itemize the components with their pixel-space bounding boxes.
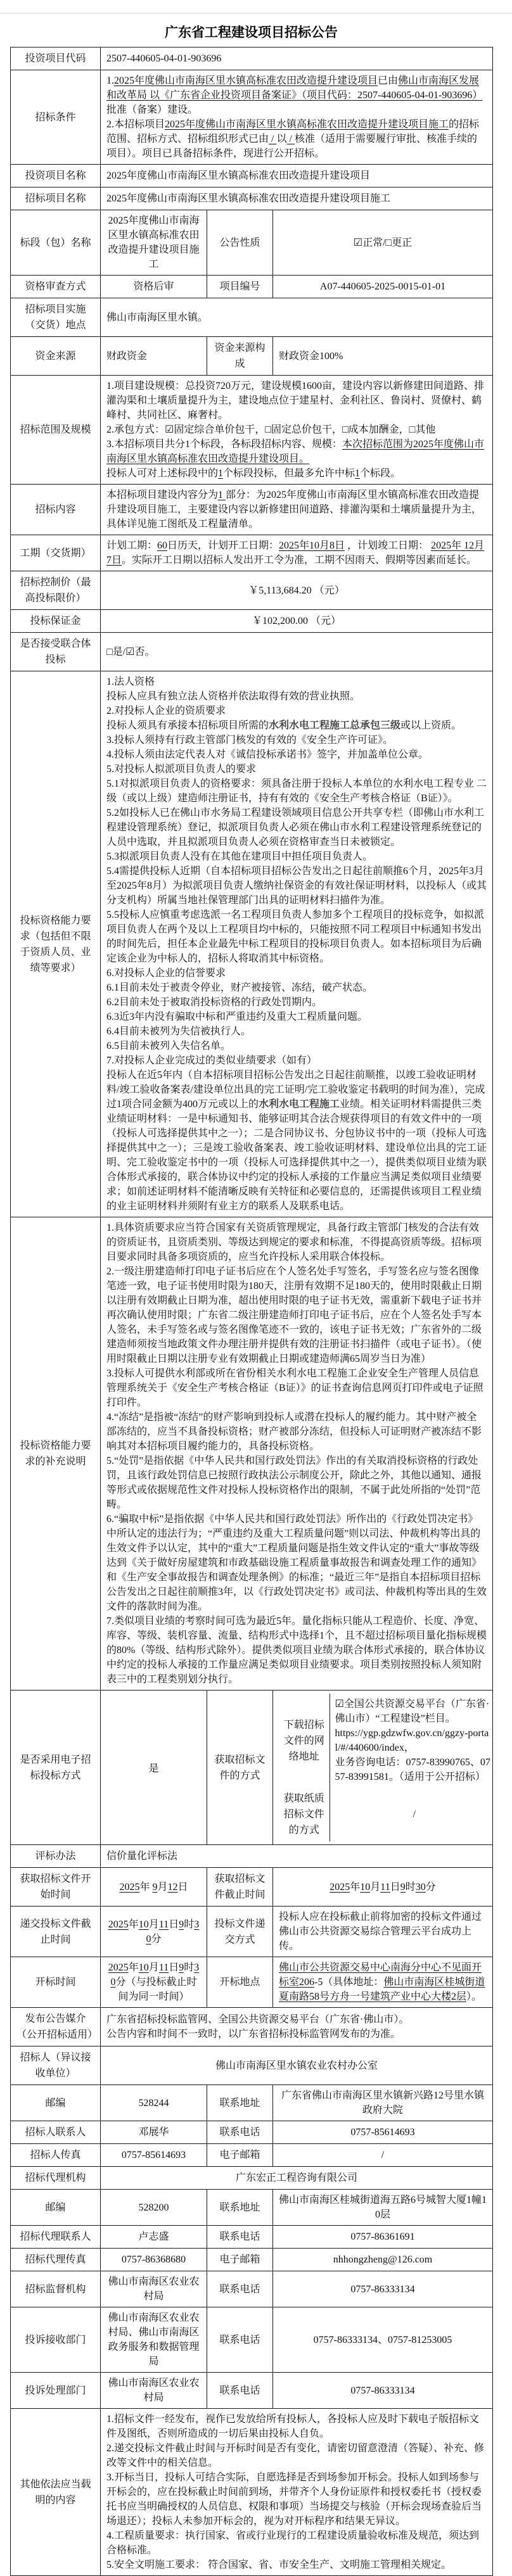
text-run: 佛山市南海区里水镇农业农村办公室 [215,2060,378,2071]
text-run: 个标段投标，但最多允许中标 [223,468,355,479]
row-label: 是否接受联合体投标 [11,633,101,671]
text-run: ，计划竣工日期： [345,540,431,551]
row-label: 联系电话 [207,2271,273,2307]
text-line: / [279,2148,487,2162]
row-label: 是否采用电子招标投标方式 [11,1691,101,1845]
table-row: 发布公告媒介（公开招标适用）广东省招标投标监管网、全国公共资源交易平台（广东省·… [11,2008,493,2046]
table-row: 招标代理机构广东宏正工程咨询有限公司 [11,2167,493,2190]
row-value: 0757-86361691 [273,2226,493,2249]
row-value: 0757-86333134 [273,2373,493,2409]
text-line: 资格后审 [106,279,201,294]
text-run: 月 [149,1962,159,1973]
row-label: 招标项目实施（交货）地点 [11,298,101,337]
row-label: 招标监督机构 [11,2271,101,2307]
table-row: 招标范围及规模1.项目建设规模：总投资720万元，建设规模1600亩，建设内容以… [11,376,493,485]
text-line: 0757-86368680 [106,2252,201,2267]
row-value: 1.项目建设规模：总投资720万元，建设规模1600亩，建设内容以新修建田间道路… [101,376,493,485]
text-line: 5.1对拟派项目负责人的资格要求：须具备注册于投标人本单位的水利水电工程专业 二… [106,777,487,806]
text-run: 0757-85614693 [350,2127,414,2138]
text-run: 广东省招标投标监管网、全国公共资源交易平台（广东省·佛山市）。 [106,2014,409,2025]
row-label: 获取招标文件的方式 [207,1691,273,1845]
table-row: 招标人（异议接收单位）佛山市南海区里水镇农业农村办公室 [11,2046,493,2085]
text-line: 4.投标人须由法定代表人对《诚信投标承诺书》签字，并加盖单位公章。 [106,747,487,762]
table-row: 投资项目名称2025年度佛山市南海区里水镇高标准农田改造提升建设项目 [11,165,493,187]
text-line: 0757-85614693 [279,2125,487,2140]
row-value: 资格后审 [101,276,207,298]
text-run: 业务咨询电话：0757-83990765、0757-83991581。（适用于公… [335,1757,490,1782]
text-line: ☑全国公共资源交易平台（广东省·佛山市）“工程建设”栏目。 [335,1697,494,1726]
text-line: 佛山市南海区里水镇。 [106,310,487,325]
text-line: 1.具体资质要求应当符合国家有关资质管理规定，具备行政主管部门核发的合法有效的资… [106,1221,487,1264]
row-value: / [273,2144,493,2167]
text-line: 投标人应具有独立法人资格并依法取得有效的营业执照。 [106,689,487,704]
row-label: 招标控制价（最高投标限价） [11,571,101,610]
text-run: 广东宏正工程咨询有限公司 [236,2173,357,2183]
text-run: ☑正常/□更正 [354,238,412,248]
text-line: 5.对投标人拟派项目负责人的要求 [106,762,487,777]
underlined-text: 2025年度佛山市南海区里水镇高标准农田改造提升建设项目施工 [165,119,449,130]
row-value: 财政资金 [101,337,207,376]
text-line: 财政资金 [106,349,201,364]
text-run: 公告内容和时间不一致时，以广东省招标投标监管网发布的为准。 [106,2029,400,2040]
row-value: 广东省佛山市南海区里水镇新兴路12号里水镇政府大院 [273,2085,493,2121]
row-value: 佛山市南海区农业农村局 [101,2373,207,2409]
row-label: 邮编 [11,2085,101,2121]
text-run: （与投标截止时间为同一时间） [118,1977,196,2002]
table-row: 投诉处理部门佛山市南海区农业农村局联系电话0757-86333134 [11,2373,493,2409]
table-row: 投标保证金￥102,200.00 （元） [11,610,493,633]
text-run: 2.承包方式：☑固定综合单价包干，□固定总价包干，□成本加酬金，□其他 [106,424,435,435]
row-label: 招标内容 [11,485,101,535]
text-run: 5.2如投标人已在佛山市水务局工程建设领域项目信息公开共享专栏（即佛山市水利工程… [106,808,484,847]
text-line: 财政资金100% [279,349,487,364]
row-label: 联系电话 [207,2373,273,2409]
text-line: 3.投标人须持有行政主管部门核发的有效的《安全生产许可证》。 [106,733,487,747]
text-line: https://ygp.gdzwfw.gov.cn/ggzy-portal/#/… [335,1726,494,1755]
table-row: 获取招标文件开始时间2025年 9月12日获取招标文件截止时间2025年10月1… [11,1868,493,1907]
text-run: 时 [184,1962,194,1973]
row-label: 项目编号 [207,276,273,298]
table-row: 招标条件1.2025年度佛山市南海区里水镇高标准农田改造提升建设项目已由佛山市南… [11,70,493,165]
text-run: 年 [129,1962,139,1973]
text-run: 本招标项目建设内容分为 [106,490,218,500]
table-row: 招标控制价（最高投标限价）￥5,113,684.20 （元） [11,571,493,610]
text-line: ￥5,113,684.20 （元） [106,583,487,598]
row-value: 0757-86368680 [101,2249,207,2271]
row-label: 联系地址 [207,2085,273,2121]
row-value: / [330,1787,499,1841]
text-run: 528200 [139,2202,169,2213]
text-line: 本招标项目建设内容分为1 部分：为2025年度佛山市南海区里水镇高标准农田改造提… [106,488,487,531]
row-value: 2025年度佛山市南海区里水镇高标准农田改造提升建设项目施工 [101,187,493,210]
row-value: 卢志盛 [101,2226,207,2249]
row-label: 资金来源 [11,337,101,376]
row-value: 广东省招标投标监管网、全国公共资源交易平台（广东省·佛山市）。公告内容和时间不一… [101,2008,493,2046]
table-row: 工期（交货期）计划工期：60日历天，计划开工日期：2025年10月8日 ，计划竣… [11,535,493,571]
text-line: □是/☑否。 [106,645,487,659]
text-run: 2507-440605-04-01-903696 [106,53,221,64]
text-run: / [381,2150,384,2160]
text-run: 邓展华 [138,2127,169,2138]
row-value: 0757-85614693 [273,2121,493,2144]
text-line: 3.开标当日，投标人可结合实际，自愿选择是否到场参加开标会。投标人如到场参与开标… [106,2470,487,2528]
text-run: 信价量化评标法 [106,1851,177,1862]
text-run: 日 [178,1882,188,1893]
text-run: 1.项目建设规模：总投资720万元，建设规模1600亩，建设内容以新修建田间道路… [106,381,484,421]
row-value: 佛山市南海区桂城街道海五路6号城智大厦1幢10层 [273,2190,493,2226]
table-row: 是否接受联合体投标□是/☑否。 [11,633,493,671]
text-run: 5.“处罚”是指依据《中华人民共和国行政处罚法》作出的有关取消投标资格的行政处罚… [106,1456,482,1510]
text-run: 以 [276,134,286,144]
table-row: 邮编528200联系地址佛山市南海区桂城街道海五路6号城智大厦1幢10层 [11,2190,493,2226]
row-value: 528244 [101,2085,207,2121]
text-run: 7.对投标人企业完成过的类似业绩要求（如有） [106,1055,317,1066]
row-value: ￥5,113,684.20 （元） [101,571,493,610]
row-value: 2025年10月11日9时30分 [273,1868,493,1907]
text-run: 时 [406,1882,416,1893]
underlined-text: 2025 [108,1919,129,1930]
text-line: 7.对投标人企业完成过的类似业绩要求（如有） [106,1053,487,1068]
underlined-text: 10 [139,1962,149,1973]
text-line: 6.“骗取中标”是指依据《中华人民共和国行政处罚法》所作出的《行政处罚决定书》中… [106,1512,487,1614]
text-line: 5.“处罚”是指依据《中华人民共和国行政处罚法》作出的有关取消投标资格的行政处罚… [106,1454,487,1512]
text-run: 5.3拟派项目负责人没有在其他在建项目中担任项目负责人。 [106,851,373,862]
row-label: 招标人传真 [11,2144,101,2167]
underlined-text: 60 [157,540,167,551]
text-run: 3.开标当日，投标人可结合实际，自愿选择是否到场参加开标会。投标人如到场参与开标… [106,2472,482,2527]
underlined-text: / [269,134,276,144]
row-value: 佛山市南海区里水镇农业农村办公室 [101,2046,493,2085]
row-value: 邓展华 [101,2121,207,2144]
table-row: 招标项目名称2025年度佛山市南海区里水镇高标准农田改造提升建设项目施工 [11,187,493,210]
text-line: 广东省招标投标监管网、全国公共资源交易平台（广东省·佛山市）。 [106,2012,487,2027]
text-line: 7.类似项目业绩的考察时间可选为最近5年。量化指标只能从工程造价、长度、净宽、库… [106,1614,487,1687]
text-line: 佛山市南海区里水镇农业农村办公室 [106,2059,487,2073]
text-run: ￥5,113,684.20 （元） [248,585,344,596]
text-run: -5（具体地址： [314,1977,383,1988]
text-line: 计划工期：60日历天，计划开工日期：2025年10月8日 ，计划竣工日期： 20… [106,538,487,568]
nested-row: 获取纸质招标文件的方式/ [279,1787,499,1841]
underlined-text: 2025年度佛山市南海区里水镇高标准农田改造提升建设项目 [114,75,378,86]
row-label: 投标保证金 [11,610,101,633]
row-value: 信价量化评标法 [101,1845,493,1868]
text-run: 佛山市南海区里水镇。 [106,312,208,323]
text-run: 0757-86361691 [350,2231,414,2242]
text-line: 2.一级注册建造师打印电子证书后应在个人签名处手写签名，手写签名应与签名图像笔迹… [106,1264,487,1366]
text-run: 2025年度佛山市南海区里水镇高标准农田改造提升建设项目施工 [108,215,199,270]
text-run: 2.一级注册建造师打印电子证书后应在个人签名处手写签名，手写签名应与签名图像笔迹… [106,1266,482,1364]
row-label: 发布公告媒介（公开招标适用） [11,2008,101,2046]
row-value: 本招标项目建设内容分为1 部分：为2025年度佛山市南海区里水镇高标准农田改造提… [101,485,493,535]
row-label: 递交投标文件截止时间 [11,1907,101,1957]
row-label: 电子邮箱 [207,2249,273,2271]
underlined-text: 11 [159,1919,169,1930]
text-line: 佛山市南海区桂城街道海五路6号城智大厦1幢10层 [279,2193,487,2222]
text-run: 0757-86368680 [122,2254,186,2265]
text-run: 月 [370,1882,380,1893]
text-line: 2.本招标项目2025年度佛山市南海区里水镇高标准农田改造提升建设项目施工的招标… [106,117,487,161]
text-line: 公告内容和时间不一致时，以广东省招标投标监管网发布的为准。 [106,2027,487,2041]
text-line: / [335,1807,494,1822]
text-run: 。实际开工日期以招标人发出开工令为准，工期不因雨天、假期等因素而延长。 [122,555,477,566]
underlined-text: 2025 [108,1962,129,1973]
text-line: 佛山市南海区农业农村局 [106,2275,201,2304]
text-run: 时 [184,1919,194,1930]
text-line: 信价量化评标法 [106,1849,487,1863]
text-line: 邓展华 [106,2125,201,2140]
table-row: 招标内容本招标项目建设内容分为1 部分：为2025年度佛山市南海区里水镇高标准农… [11,485,493,535]
row-label: 招标人（异议接收单位） [11,2046,101,2085]
text-run: 个标段。 [360,468,400,479]
text-run: 资格后审 [133,281,174,292]
text-line: 卢志盛 [106,2230,201,2244]
table-row: 投资项目代码2507-440605-04-01-903696 [11,48,493,70]
text-run: 1. [106,75,114,86]
text-line: 3.本招标项目共分1个标段，各标段招标内容、规模：本次招标范围为2025年度佛山… [106,437,487,466]
text-line: 1.2025年度佛山市南海区里水镇高标准农田改造提升建设项目已由佛山市南海区发展… [106,73,487,117]
text-line: 2025年度佛山市南海区里水镇高标准农田改造提升建设项目施工 [106,213,201,272]
underlined-text: 2025 [330,1882,350,1893]
text-line: 0757-86333134、0757-81253005 [279,2333,487,2347]
text-run: 2025年度佛山市南海区里水镇高标准农田改造提升建设项目 [106,170,370,181]
text-line: 0757-86333134 [279,2282,487,2297]
table-row: 招标项目实施（交货）地点佛山市南海区里水镇。 [11,298,493,337]
row-label: 联系电话 [207,2307,273,2373]
text-run: 5.4需提供投标人近期（自本招标项目招标公告发出之日起往前顺推6个月，2025年… [106,866,487,906]
text-line: nhhongzheng@126.com [279,2252,487,2267]
text-run: 佛山市南海区农业农村局 [108,2378,199,2403]
row-value: 1.法人资格投标人应具有独立法人资格并依法取得有效的营业执照。2.对投标人企业的… [101,671,493,1217]
row-value: 1.2025年度佛山市南海区里水镇高标准农田改造提升建设项目已由佛山市南海区发展… [101,70,493,165]
row-value: A07-440605-2025-0015-01-01 [273,276,493,298]
table-row: 招标代理联系人卢志盛联系电话0757-86361691 [11,2226,493,2249]
text-line: 528200 [106,2200,201,2215]
text-run: □是/☑否。 [106,647,155,657]
text-run: 分 [151,1934,161,1945]
row-label: 电子邮箱 [207,2144,273,2167]
row-value: ￥102,200.00 （元） [101,610,493,633]
row-value: 1.具体资质要求应当符合国家有关资质管理规定，具备行政主管部门核发的合法有效的资… [101,1217,493,1691]
table-row: 招标人联系人邓展华联系电话0757-85614693 [11,2121,493,2144]
text-line: 1.招标文件一经发布，视作已发放给所有投标人，各投标人应及时下载电子版招标文件及… [106,2412,487,2441]
row-label: 资金来源构成 [207,337,273,376]
row-label: 招标条件 [11,70,101,165]
underlined-text: 1 [218,490,226,500]
text-run: 2.本招标项目 [106,119,165,130]
text-line: 5.2如投标人已在佛山市水务局工程建设领域项目信息公开共享专栏（即佛山市水利工程… [106,806,487,849]
text-run: 计划工期： [106,540,157,551]
text-run: 财政资金100% [279,351,343,362]
text-line: 5.4需提供投标人近期（自本招标项目招标公告发出之日起往前顺推6个月，2025年… [106,864,487,908]
text-run: 6.3近3年内没有骗取中标和严重违约及重大工程质量问题。 [106,1012,368,1022]
row-value: 0757-86333134 [273,2271,493,2307]
text-run: 4.“冻结”是指被“冻结”的财产影响到投标人或潜在投标人的履约能力。其中财产被全… [106,1412,482,1452]
row-value: ☑全国公共资源交易平台（广东省·佛山市）“工程建设”栏目。https://ygp… [330,1694,499,1787]
text-line: A07-440605-2025-0015-01-01 [279,279,487,294]
row-label: 投资项目名称 [11,165,101,187]
text-line: 4.工程质量要求：执行国家、省或行业现行的工程建设质量验收标准及规范，须达到合格… [106,2528,487,2558]
text-line: 投标人须具有承接本招标项目所需的水利水电工程施工总承包三级或以上资质。 [106,718,487,733]
table-row: 是否采用电子招标投标方式是获取招标文件的方式下载招标文件的网络地址☑全国公共资源… [11,1691,493,1845]
text-run: A07-440605-2025-0015-01-01 [320,281,445,292]
text-run: nhhongzheng@126.com [333,2254,432,2265]
table-row: 资格审查方式资格后审项目编号A07-440605-2025-0015-01-01 [11,276,493,298]
text-run: 3.投标人可提供水利部或所在省份相关水利水电工程施工企业安全生产管理人员信息管理… [106,1368,483,1408]
text-line: 2.递交投标文件截止时间与开标时间是否有变化，请密切留意澄清（答疑）、补充、修改… [106,2441,487,2470]
text-run: 年 [350,1882,360,1893]
text-line: 2025年 9月12日 [106,1880,201,1894]
text-line: 2025年10月11日9时30分 [106,1917,201,1946]
text-line: 2025年10月11日9时30分 [279,1880,487,1894]
underlined-text: 2025 [119,1882,139,1893]
text-line: 4.“冻结”是指被“冻结”的财产影响到投标人或潜在投标人的履约能力。其中财产被全… [106,1410,487,1454]
nested-cell: 下载招标文件的网络地址☑全国公共资源交易平台（广东省·佛山市）“工程建设”栏目。… [273,1691,493,1845]
text-line: 3.投标人可提供水利部或所在省份相关水利水电工程施工企业安全生产管理人员信息管理… [106,1366,487,1410]
text-run: 年 [129,1919,139,1930]
text-line: 528244 [106,2096,201,2110]
text-run: 分 [115,1977,125,1988]
text-line: 6.2目前未处于被取消投标资格的行政处罚期内。 [106,995,487,1010]
row-label: 联系电话 [207,2226,273,2249]
text-line: 0757-86361691 [279,2230,487,2244]
text-run: 0757-86333134、0757-81253005 [314,2335,452,2345]
row-label: 评标办法 [11,1845,101,1868]
text-run: 1.法人资格 [106,676,155,687]
text-run: 6.“骗取中标”是指依据《中华人民共和国行政处罚法》所作出的《行政处罚决定书》中… [106,1514,487,1612]
underlined-text: 1 [355,468,360,479]
text-run: 卢志盛 [138,2231,169,2242]
underlined-text: 12 [168,1882,178,1893]
row-label: 获取招标文件截止时间 [207,1868,273,1907]
row-label: 投标资格能力要求（包括但不限于资质人员、业绩等要求） [11,671,101,1217]
text-line: 0757-85614693 [106,2148,201,2162]
text-line: 2.承包方式：☑固定综合单价包干，□固定总价包干，□成本加酬金，□其他 [106,422,487,437]
text-run: 月 [149,1919,159,1930]
row-label: 获取纸质招标文件的方式 [279,1787,330,1841]
row-value: 佛山市南海区农业农村局 [101,2271,207,2307]
table-row: 其他依法应当载明的内容1.招标文件一经发布，视作已发放给所有投标人，各投标人应及… [11,2409,493,2576]
table-row: 招标人传真0757-85614693电子邮箱/ [11,2144,493,2167]
underlined-text: 9 [400,1882,406,1893]
text-run: 6.对投标人企业的信誉要求 [106,968,226,979]
table-row: 邮编528244联系地址广东省佛山市南海区里水镇新兴路12号里水镇政府大院 [11,2085,493,2121]
text-run: 6.1目前未处于被责令停业，财产被接管、冻结，破产状态。 [106,982,373,993]
text-run: 7.类似项目业绩的考察时间可选为最近5年。量化指标只能从工程造价、长度、净宽、库… [106,1616,487,1685]
page-title: 广东省工程建设项目招标公告 [10,22,492,41]
row-label: 开标地点 [207,1957,273,2008]
row-label: 资格审查方式 [11,276,101,298]
row-label: 投标资格能力要求的补充说明 [11,1217,101,1691]
text-run: / [413,1809,416,1820]
row-label: 投诉接收部门 [11,2307,101,2373]
row-label: 联系地址 [207,2190,273,2226]
text-run: 3.投标人须持有行政主管部门核发的有效的《安全生产许可证》。 [106,735,393,746]
row-value: 计划工期：60日历天，计划开工日期：2025年10月8日 ，计划竣工日期： 20… [101,535,493,571]
text-run: 批准（备案）建设。 [106,105,198,115]
underlined-text: 11 [380,1882,390,1893]
text-run: 日历天，计划开工日期： [167,540,279,551]
text-run: 2.对投标人企业的资质要求 [106,706,226,716]
bold-text: 水利水电工程施工 [259,1099,340,1110]
text-line: 6.4目前未被列为失信被执行人。 [106,1024,487,1039]
announcement-table: 投资项目代码2507-440605-04-01-903696招标条件1.2025… [10,47,493,2576]
table-row: 招标监督机构佛山市南海区农业农村局联系电话0757-86333134 [11,2271,493,2307]
text-run: 6.5目前未被列入失信名单。 [106,1041,231,1051]
text-run: 业绩。相关证明材料需提供三类业绩证明材料：一是中标通知书、能够证明其合法合规获得… [106,1099,487,1212]
text-run: 财政资金 [106,351,147,362]
row-value: 2025年10月11日9时30分 [101,1907,207,1957]
text-run: ）。 [466,1991,482,2002]
text-run: 日 [169,1962,179,1973]
text-line: 佛山市公共资源交易中心南海分中心不见面开标室206-5（具体地址：佛山市南海区桂… [279,1960,487,2004]
text-line: 5.5投标人应慎重考虑选派一名工程项目负责人参加多个工程项目的投标竞争，如拟派项… [106,908,487,966]
text-run: 2025年度佛山市南海区里水镇高标准农田改造提升建设项目施工 [106,193,390,204]
row-label: 标段（包）名称 [11,210,101,276]
text-line: 投标人应在投标截止前将加密的投标文件通过佛山市公共资源交易综合管理云平台成功上传… [279,1910,487,1953]
text-run: 分 [426,1882,436,1893]
text-run: 0757-85614693 [122,2150,186,2160]
text-line: 6.5目前未被列入失信名单。 [106,1039,487,1053]
nested-table: 下载招标文件的网络地址☑全国公共资源交易平台（广东省·佛山市）“工程建设”栏目。… [279,1694,499,1841]
row-label: 其他依法应当载明的内容 [11,2409,101,2576]
text-line: 0757-86333134 [279,2383,487,2398]
text-run: 0757-86333134 [350,2385,414,2396]
row-value: 佛山市南海区农业农村局、佛山市南海区政务服务和数据管理局 [101,2307,207,2373]
text-line: 5.3拟派项目负责人没有在其他在建项目中担任项目负责人。 [106,849,487,864]
row-value: 是 [101,1691,207,1845]
row-label: 开标时间 [11,1957,101,2008]
underlined-text: 1 [218,468,223,479]
row-value: 1.招标文件一经发布，视作已发放给所有投标人，各投标人应及时下载电子版招标文件及… [101,2409,493,2576]
text-run: 4.投标人须由法定代表人对《诚信投标承诺书》签字，并加盖单位公章。 [106,749,428,760]
row-label: 联系电话 [207,2121,273,2144]
text-line: 广东省佛山市南海区里水镇新兴路12号里水镇政府大院 [279,2088,487,2117]
text-run: 投标人应具有独立法人资格并依法取得有效的营业执照。 [106,691,360,702]
row-value: 佛山市南海区里水镇。 [101,298,493,337]
row-label: 下载招标文件的网络地址 [279,1694,330,1787]
text-line: 佛山市南海区农业农村局、佛山市南海区政务服务和数据管理局 [106,2311,201,2369]
row-label: 邮编 [11,2190,101,2226]
row-value: 财政资金100% [273,337,493,376]
text-line: ￥102,200.00 （元） [106,614,487,628]
text-run: 1.招标文件一经发布，视作已发放给所有投标人，各投标人应及时下载电子版招标文件及… [106,2414,479,2439]
row-value: 2025年 9月12日 [101,1868,207,1907]
row-label: 招标范围及规模 [11,376,101,485]
text-run: ☑全国公共资源交易平台（广东省·佛山市）“工程建设”栏目。 [335,1699,490,1724]
row-label: 投标文件递交方式 [207,1907,273,1957]
text-line: 2.对投标人企业的资质要求 [106,704,487,718]
underlined-text: 30 [416,1882,426,1893]
text-run: 投标人可对上述标段中的 [106,468,218,479]
text-run: 日 [390,1882,400,1893]
row-value: 2507-440605-04-01-903696 [101,48,493,70]
text-run: 月 [157,1882,167,1893]
text-line: 2025年度佛山市南海区里水镇高标准农田改造提升建设项目 [106,168,487,183]
nested-row: 下载招标文件的网络地址☑全国公共资源交易平台（广东省·佛山市）“工程建设”栏目。… [279,1694,499,1787]
text-run: 2.递交投标文件截止时间与开标时间是否有变化，请密切留意澄清（答疑）、补充、修改… [106,2443,484,2468]
bold-text: 水利水电工程施工总承包三级 [269,720,400,731]
underlined-text: 2025年10月8日 [279,540,345,551]
row-value: 528200 [101,2190,207,2226]
text-line: 1.法人资格 [106,675,487,689]
text-run: 已由 [378,75,398,86]
table-row: 开标时间2025年10月11日9时30分（与投标截止时间为同一时间）开标地点佛山… [11,1957,493,2008]
table-row: 标段（包）名称2025年度佛山市南海区里水镇高标准农田改造提升建设项目施工公告性… [11,210,493,276]
text-line: 业务咨询电话：0757-83990765、0757-83991581。（适用于公… [335,1755,494,1784]
text-run: 佛山市南海区桂城街道海五路6号城智大厦1幢10层 [279,2195,487,2220]
top-divider [0,13,512,14]
text-line: 2507-440605-04-01-903696 [106,51,487,66]
